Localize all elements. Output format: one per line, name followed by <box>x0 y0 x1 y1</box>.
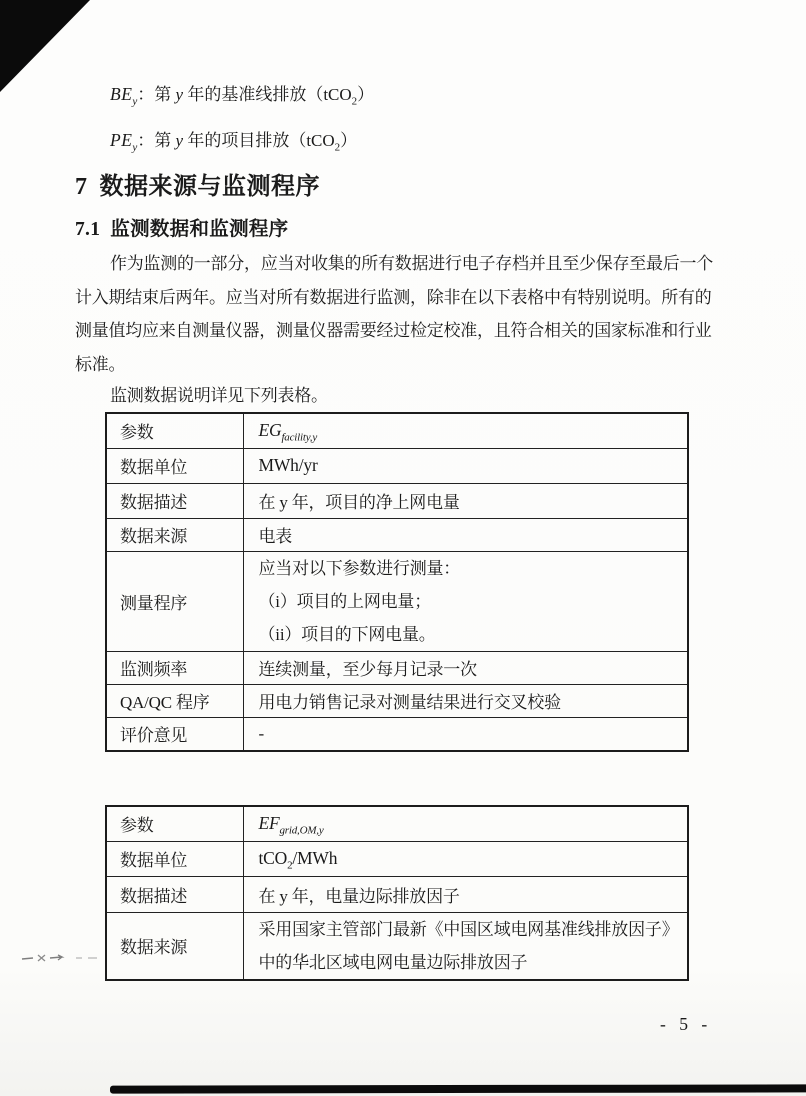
row-value: 采用国家主管部门最新《中国区域电网基准线排放因子》 中的华北区域电网电量边际排放… <box>243 912 688 980</box>
parameter-subscript: grid,OM,y <box>279 825 323 837</box>
row-label: 评价意见 <box>106 717 243 751</box>
table-row: 数据描述 在 y 年，项目的净上网电量 <box>106 483 688 518</box>
row-label: 参数 <box>106 806 243 841</box>
section-number: 7 <box>75 174 88 200</box>
parameter-symbol: EG <box>259 420 282 440</box>
year-variable: y <box>176 85 184 104</box>
table-row: 数据描述 在 y 年，电量边际排放因子 <box>106 876 688 912</box>
scan-bottom-bar-artifact <box>110 1084 806 1093</box>
row-value: 应当对以下参数进行测量： （i）项目的上网电量； （ii）项目的下网电量。 <box>243 551 688 651</box>
body-paragraph: 作为监测的一部分，应当对收集的所有数据进行电子存档并且至少保存至最后一个 计入期… <box>75 247 751 381</box>
row-label: 参数 <box>106 413 243 448</box>
monitoring-table-eg-facility: 参数 EGfacility,y 数据单位 MWh/yr 数据描述 在 y 年，项… <box>105 412 689 752</box>
scan-corner-artifact <box>0 0 90 92</box>
paragraph-line: 计入期结束后两年。应当对所有数据进行监测，除非在以下表格中有特别说明。所有的 <box>75 281 751 315</box>
unit-text: tCO <box>259 848 288 868</box>
definition-text: 年的项目排放（tCO <box>183 131 335 150</box>
definition-close: ） <box>340 131 357 150</box>
variable-definition-pe: PEy：第 y 年的项目排放（tCO2） <box>110 126 357 151</box>
row-value: 在 y 年，项目的净上网电量 <box>243 483 688 518</box>
subsection-title: 监测数据和监测程序 <box>110 219 288 240</box>
table-row: QA/QC 程序 用电力销售记录对测量结果进行交叉校验 <box>106 684 688 717</box>
row-label: 测量程序 <box>106 551 243 651</box>
definition-lead: ：第 <box>137 131 175 150</box>
row-value: tCO2/MWh <box>243 841 688 876</box>
row-label: 数据单位 <box>106 448 243 483</box>
definition-text: 年的基准线排放（tCO <box>183 85 352 104</box>
pen-scribble-artifact <box>18 946 106 968</box>
definition-lead: ：第 <box>137 85 175 104</box>
table-row: 参数 EGfacility,y <box>106 413 688 448</box>
row-label: 监测频率 <box>106 651 243 684</box>
subsection-heading: 7.1监测数据和监测程序 <box>75 213 288 241</box>
formula-symbol: BE <box>110 84 132 104</box>
definition-close: ） <box>357 85 374 104</box>
formula-symbol: PE <box>110 130 132 150</box>
table-row: 数据单位 MWh/yr <box>106 448 688 483</box>
source-line: 采用国家主管部门最新《中国区域电网基准线排放因子》 <box>259 913 688 946</box>
row-value: MWh/yr <box>243 448 688 483</box>
row-label: 数据描述 <box>106 483 243 518</box>
row-label: 数据描述 <box>106 876 243 912</box>
row-value: 用电力销售记录对测量结果进行交叉校验 <box>243 684 688 717</box>
procedure-line: （i）项目的上网电量； <box>259 585 688 618</box>
row-value: 连续测量，至少每月记录一次 <box>243 651 688 684</box>
row-value: 在 y 年，电量边际排放因子 <box>243 876 688 912</box>
table-row: 数据单位 tCO2/MWh <box>106 841 688 876</box>
section-heading: 7数据来源与监测程序 <box>75 166 320 201</box>
unit-text: /MWh <box>292 848 337 868</box>
procedure-line: （ii）项目的下网电量。 <box>259 618 688 651</box>
parameter-symbol: EF <box>259 813 280 833</box>
procedure-line: 应当对以下参数进行测量： <box>259 552 688 585</box>
scanned-document-page: BEy：第 y 年的基准线排放（tCO2） PEy：第 y 年的项目排放（tCO… <box>0 0 806 1096</box>
row-value: - <box>243 717 688 751</box>
paragraph-line: 标准。 <box>75 348 751 382</box>
page-number: - 5 - <box>660 1014 707 1035</box>
source-line: 中的华北区域电网电量边际排放因子 <box>259 946 688 979</box>
table-intro-note: 监测数据说明详见下列表格。 <box>110 381 328 406</box>
table-row: 数据来源 电表 <box>106 518 688 551</box>
section-title: 数据来源与监测程序 <box>100 174 321 200</box>
paragraph-line: 测量值均应来自测量仪器，测量仪器需要经过检定校准，且符合相关的国家标准和行业 <box>75 314 751 348</box>
row-label: 数据来源 <box>106 912 243 980</box>
year-variable: y <box>176 131 184 150</box>
table-row: 评价意见 - <box>106 717 688 751</box>
table-row: 监测频率 连续测量，至少每月记录一次 <box>106 651 688 684</box>
row-label: 数据来源 <box>106 518 243 551</box>
monitoring-table-ef-grid: 参数 EFgrid,OM,y 数据单位 tCO2/MWh 数据描述 在 y 年，… <box>105 805 689 981</box>
row-label: 数据单位 <box>106 841 243 876</box>
subsection-number: 7.1 <box>75 219 100 240</box>
row-value: 电表 <box>243 518 688 551</box>
variable-definition-be: BEy：第 y 年的基准线排放（tCO2） <box>110 80 374 105</box>
table-row: 参数 EFgrid,OM,y <box>106 806 688 841</box>
table-row: 数据来源 采用国家主管部门最新《中国区域电网基准线排放因子》 中的华北区域电网电… <box>106 912 688 980</box>
paragraph-line: 作为监测的一部分，应当对收集的所有数据进行电子存档并且至少保存至最后一个 <box>75 247 751 281</box>
row-label: QA/QC 程序 <box>106 684 243 717</box>
table-row: 测量程序 应当对以下参数进行测量： （i）项目的上网电量； （ii）项目的下网电… <box>106 551 688 651</box>
parameter-subscript: facility,y <box>281 432 317 444</box>
